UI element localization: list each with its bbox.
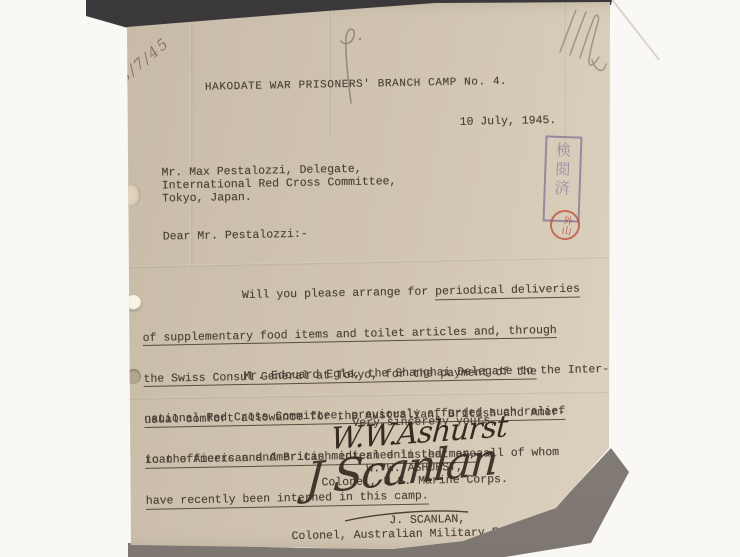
letterhead-title: HAKODATE WAR PRISONERS' BRANCH CAMP No. … (205, 76, 508, 95)
backing-sheet-edge (608, 0, 660, 61)
photographed-letter: 検閲済 外山 Rx 8/7/45 HAKODATE WAR PRISONERS'… (0, 0, 740, 557)
letter-content: HAKODATE WAR PRISONERS' BRANCH CAMP No. … (0, 0, 740, 557)
body-text: Will you please arrange for (242, 286, 435, 303)
salutation: Dear Mr. Pestalozzi:- (163, 228, 308, 244)
body-line: Will you please arrange for periodical d… (142, 283, 592, 305)
scanlan-typed-name: J. SCANLAN, (389, 513, 465, 528)
recipient-line: Tokyo, Japan. (162, 191, 252, 206)
body-line: Mr. Edouard Egle, the Shanghai Delegate … (143, 363, 593, 385)
scanlan-handwritten-signature: J Scanlan (305, 453, 496, 487)
underlined-text: periodical deliveries (435, 283, 580, 300)
letter-paper: 検閲済 外山 Rx 8/7/45 HAKODATE WAR PRISONERS'… (0, 0, 740, 557)
letter-date: 10 July, 1945. (460, 114, 557, 129)
